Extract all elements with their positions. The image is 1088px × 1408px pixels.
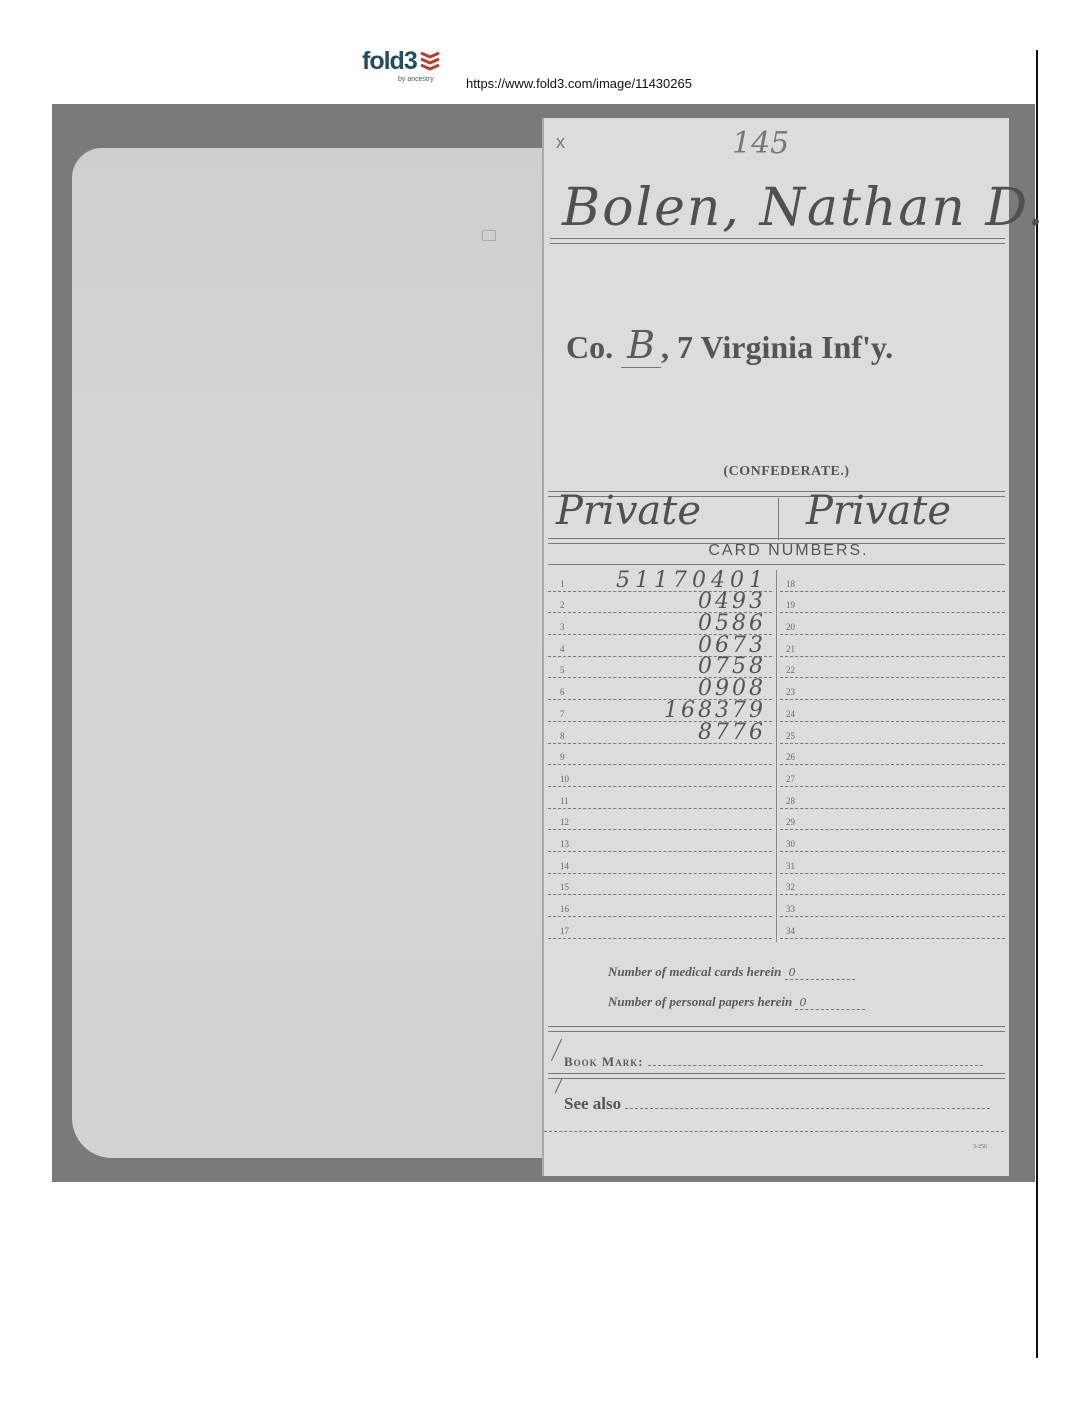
table-row: 34 <box>780 917 1005 939</box>
medical-cards-value: 0 <box>785 966 855 980</box>
card-numbers-left-column: 151170401 20493 30586 40673 50758 60908 … <box>548 570 772 939</box>
row-number: 20 <box>786 622 795 632</box>
table-row: 11 <box>548 787 772 809</box>
table-row: 12 <box>548 809 772 831</box>
row-number: 5 <box>560 665 565 675</box>
row-number: 32 <box>786 882 795 892</box>
page-margin-line <box>1036 50 1038 1358</box>
row-number: 12 <box>560 817 569 827</box>
column-divider <box>776 570 777 942</box>
row-number: 25 <box>786 731 795 741</box>
table-row: 18 <box>780 570 1005 592</box>
row-number: 4 <box>560 644 565 654</box>
fold3-logo[interactable]: fold3 <box>362 48 441 74</box>
row-number: 28 <box>786 796 795 806</box>
table-row: 26 <box>780 744 1005 766</box>
medical-cards-label: Number of medical cards herein <box>608 964 781 979</box>
file-number: 145 <box>732 126 789 161</box>
table-row: 14 <box>548 852 772 874</box>
book-mark-label: Book Mark: <box>564 1054 644 1069</box>
row-number: 23 <box>786 687 795 697</box>
check-mark <box>551 1039 562 1061</box>
row-number: 3 <box>560 622 565 632</box>
table-row: 9 <box>548 744 772 766</box>
rank-divider <box>778 498 779 540</box>
row-number: 16 <box>560 904 569 914</box>
row-number: 17 <box>560 926 569 936</box>
row-number: 34 <box>786 926 795 936</box>
see-also-field: See also <box>564 1094 990 1114</box>
regiment: , 7 Virginia Inf'y. <box>661 329 893 365</box>
table-row: 20 <box>780 613 1005 635</box>
personal-papers-field: Number of personal papers herein 0 <box>608 994 865 1010</box>
logo-text: fold3 <box>362 48 417 74</box>
row-number: 27 <box>786 774 795 784</box>
table-row: 22 <box>780 657 1005 679</box>
row-number: 10 <box>560 774 569 784</box>
row-number: 14 <box>560 861 569 871</box>
see-also-line <box>625 1108 990 1109</box>
source-url[interactable]: https://www.fold3.com/image/11430265 <box>466 76 692 91</box>
rank-out: Private <box>806 488 951 534</box>
row-number: 2 <box>560 600 565 610</box>
table-row: 13 <box>548 830 772 852</box>
book-mark-field: Book Mark: <box>564 1054 983 1070</box>
table-row: 25 <box>780 722 1005 744</box>
row-number: 8 <box>560 731 565 741</box>
company-letter: B <box>621 323 661 368</box>
table-row: 15 <box>548 874 772 896</box>
company-regiment: Co. B, 7 Virginia Inf'y. <box>566 323 893 367</box>
card-numbers-right-column: 18 19 20 21 22 23 24 25 26 27 28 29 30 3… <box>780 570 1005 939</box>
section-rule <box>548 1073 1005 1079</box>
name-underline <box>550 238 1005 244</box>
row-number: 13 <box>560 839 569 849</box>
row-number: 7 <box>560 709 565 719</box>
personal-papers-value: 0 <box>795 996 865 1010</box>
folder-cover-left <box>72 148 544 1158</box>
table-row: 32 <box>780 874 1005 896</box>
card-numbers-heading: CARD NUMBERS. <box>544 542 1009 560</box>
medical-cards-field: Number of medical cards herein 0 <box>608 964 855 980</box>
soldier-name: Bolen, Nathan D. <box>562 178 1046 238</box>
section-rule <box>548 1026 1005 1032</box>
book-mark-line <box>648 1065 983 1066</box>
table-row: 10 <box>548 765 772 787</box>
service-record-card: x 145 Bolen, Nathan D. Co. B, 7 Virginia… <box>542 118 1009 1176</box>
see-also-label: See also <box>564 1094 621 1113</box>
row-number: 21 <box>786 644 795 654</box>
table-row: 16 <box>548 895 772 917</box>
bottom-rule <box>544 1131 1004 1132</box>
allegiance-label: (CONFEDERATE.) <box>544 464 1009 480</box>
table-row: 17 <box>548 917 772 939</box>
table-row: 33 <box>780 895 1005 917</box>
table-row: 19 <box>780 592 1005 614</box>
row-number: 19 <box>786 600 795 610</box>
ancestry-byline: by ancestry <box>398 76 434 83</box>
row-number: 15 <box>560 882 569 892</box>
rank-in: Private <box>556 488 701 534</box>
row-number: 11 <box>560 796 569 806</box>
row-number: 29 <box>786 817 795 827</box>
row-number: 9 <box>560 752 565 762</box>
check-mark <box>555 1079 563 1094</box>
table-row: 28 <box>780 787 1005 809</box>
form-number: 3-256 <box>973 1144 987 1150</box>
small-stamp-mark <box>482 230 496 241</box>
table-row: 27 <box>780 765 1005 787</box>
table-row: 23 <box>780 678 1005 700</box>
chevrons-icon <box>419 50 441 72</box>
row-number: 18 <box>786 579 795 589</box>
row-number: 24 <box>786 709 795 719</box>
row-number: 33 <box>786 904 795 914</box>
row-number: 31 <box>786 861 795 871</box>
table-row: 24 <box>780 700 1005 722</box>
numbers-top-rule <box>548 564 1005 565</box>
page-header: fold3 by ancestry https://www.fold3.com/… <box>360 46 760 94</box>
company-prefix: Co. <box>566 329 613 365</box>
row-number: 22 <box>786 665 795 675</box>
table-row: 31 <box>780 852 1005 874</box>
row-number: 1 <box>560 579 565 589</box>
table-row: 88776 <box>548 722 772 744</box>
corner-x-mark: x <box>556 132 565 153</box>
personal-papers-label: Number of personal papers herein <box>608 994 792 1009</box>
card-number-value: 8776 <box>698 720 766 745</box>
row-number: 30 <box>786 839 795 849</box>
row-number: 26 <box>786 752 795 762</box>
table-row: 21 <box>780 635 1005 657</box>
table-row: 29 <box>780 809 1005 831</box>
table-row: 30 <box>780 830 1005 852</box>
row-number: 6 <box>560 687 565 697</box>
